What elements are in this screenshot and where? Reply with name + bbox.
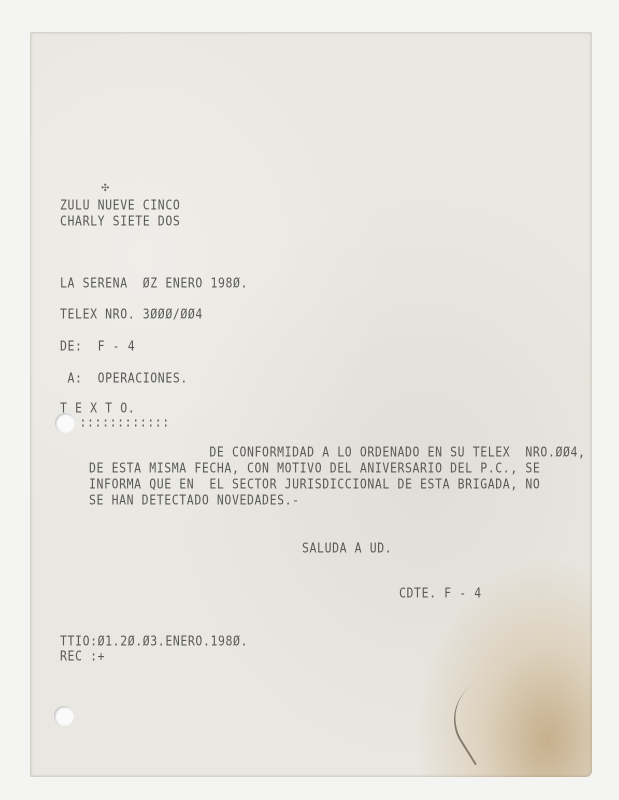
closing: SALUDA A UD.	[302, 540, 392, 556]
header-callsign-2: CHARLY SIETE DOS	[60, 213, 180, 229]
from-line: DE: F - 4	[60, 338, 135, 354]
body-line-3: INFORMA QUE EN EL SECTOR JURISDICCIONAL …	[89, 476, 540, 493]
body-line-1: DE CONFORMIDAD A LO ORDENADO EN SU TELEX…	[89, 444, 586, 461]
telex-number: TELEX NRO. 3ØØØ/ØØ4	[60, 306, 203, 322]
header-mark: ✣	[101, 183, 109, 194]
body-line-2: DE ESTA MISMA FECHA, CON MOTIVO DEL ANIV…	[89, 460, 540, 477]
place-date: LA SERENA ØZ ENERO 198Ø.	[60, 275, 248, 291]
received-line: REC :+	[60, 648, 105, 664]
punch-hole-bottom	[54, 706, 74, 726]
body-line-4: SE HAN DETECTADO NOVEDADES.-	[89, 492, 300, 509]
to-line: A: OPERACIONES.	[60, 370, 188, 386]
text-heading-underline: ::::::::::::	[72, 414, 170, 430]
header-callsign-1: ZULU NUEVE CINCO	[60, 197, 180, 213]
signature: CDTE. F - 4	[399, 585, 482, 601]
transmission-line: TTIO:Ø1.2Ø.Ø3.ENERO.198Ø.	[60, 633, 248, 649]
